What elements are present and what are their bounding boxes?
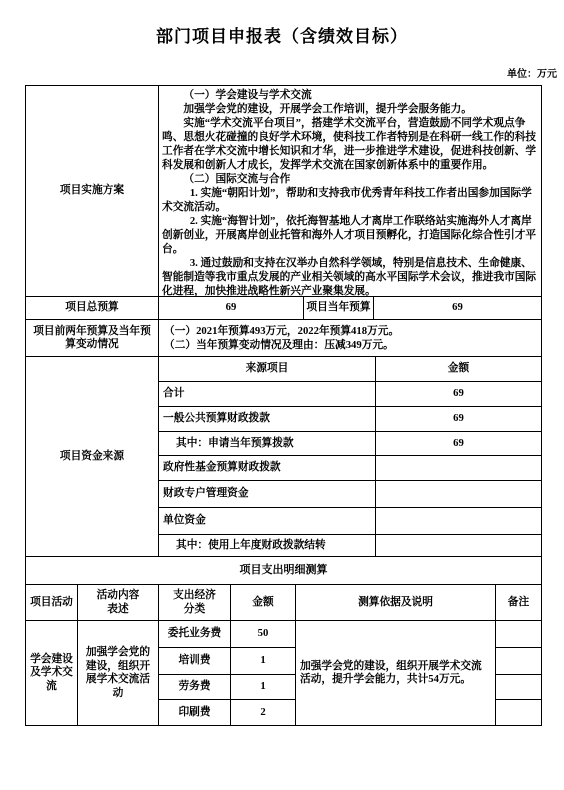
expense-note-cell <box>496 648 541 675</box>
expense-amount: 2 <box>231 700 296 725</box>
funding-section: 项目资金来源 来源项目 金额 合计 69 一般公共预算财政拨款 69 其中：申请… <box>26 357 541 557</box>
expense-activity: 学会建设及学术交流 <box>26 621 78 725</box>
unit-note: 单位：万元 <box>0 68 557 81</box>
funding-row-amount: 69 <box>376 432 541 456</box>
expense-activity-desc: 加强学会党的建设，组织开展学术交流活动 <box>78 621 159 725</box>
total-budget-label: 项目总预算 <box>26 297 159 320</box>
impl-paragraph: 3. 通过鼓励和支持在汉举办自然科学领域，特别是信息技术、生命健康、智能制造等我… <box>162 256 538 297</box>
funding-row-amount <box>376 481 541 508</box>
previous-budget-content: （一）2021年预算493万元，2022年预算418万元。 （二）当年预算变动情… <box>159 320 541 357</box>
funding-row-source: 其中：使用上年度财政拨款结转 <box>159 535 376 557</box>
declaration-form: 项目实施方案 （一）学会建设与学术交流 加强学会党的建设，开展学会工作培训，提升… <box>25 85 542 726</box>
page: 部门项目申报表（含绩效目标） 单位：万元 项目实施方案 （一）学会建设与学术交流… <box>0 26 564 726</box>
funding-row-source: 财政专户管理资金 <box>159 481 376 508</box>
funding-row-source: 合计 <box>159 382 376 407</box>
funding-row-source: 政府性基金预算财政拨款 <box>159 456 376 481</box>
impl-paragraph: 2. 实施“海智计划”，依托海智基地人才离岸工作联络站实施海外人才离岸创新创业，… <box>162 214 538 256</box>
page-title: 部门项目申报表（含绩效目标） <box>0 26 564 48</box>
expense-note-cell <box>496 621 541 648</box>
funding-header-amount: 金额 <box>376 357 541 382</box>
expense-header-basis: 测算依据及说明 <box>296 585 496 621</box>
expense-section-title: 项目支出明细测算 <box>26 557 541 585</box>
funding-row-source: 单位资金 <box>159 508 376 535</box>
expense-category: 培训费 <box>159 648 231 675</box>
expense-amount: 1 <box>231 648 296 675</box>
funding-label: 项目资金来源 <box>26 357 159 557</box>
impl-paragraph: 加强学会党的建设，开展学会工作培训，提升学会服务能力。 <box>162 102 538 116</box>
impl-paragraph: （一）学会建设与学术交流 <box>162 88 538 102</box>
expense-category: 委托业务费 <box>159 621 231 648</box>
implementation-section: 项目实施方案 （一）学会建设与学术交流 加强学会党的建设，开展学会工作培训，提升… <box>26 86 541 297</box>
implementation-content: （一）学会建设与学术交流 加强学会党的建设，开展学会工作培训，提升学会服务能力。… <box>159 86 541 297</box>
expense-note-cell <box>496 675 541 700</box>
expense-amount: 50 <box>231 621 296 648</box>
expense-title-row: 项目支出明细测算 <box>26 557 541 585</box>
funding-row-amount <box>376 508 541 535</box>
previous-budget-line: （一）2021年预算493万元，2022年预算418万元。 <box>164 324 538 338</box>
previous-budget-line: （二）当年预算变动情况及理由：压减349万元。 <box>164 338 538 352</box>
funding-row-amount: 69 <box>376 407 541 432</box>
impl-paragraph: 实施“学术交流平台项目”，搭建学术交流平台，营造鼓励不同学术观点争鸣、思想火花碰… <box>162 116 538 172</box>
previous-budget-section: 项目前两年预算及当年预算变动情况 （一）2021年预算493万元，2022年预算… <box>26 320 541 357</box>
funding-row-amount <box>376 535 541 557</box>
funding-row-source: 其中：申请当年预算拨款 <box>159 432 376 456</box>
funding-header-source: 来源项目 <box>159 357 376 382</box>
expense-category: 印刷费 <box>159 700 231 725</box>
expense-header-desc: 活动内容 表述 <box>78 585 159 621</box>
funding-row-amount: 69 <box>376 382 541 407</box>
expense-category: 劳务费 <box>159 675 231 700</box>
current-year-budget-value: 69 <box>374 297 541 320</box>
expense-header-activity: 项目活动 <box>26 585 78 621</box>
expense-table: 项目活动 活动内容 表述 支出经济 分类 金额 测算依据及说明 备注 学会建设及… <box>26 585 541 725</box>
expense-note-cell <box>496 700 541 725</box>
total-budget-value: 69 <box>159 297 304 320</box>
current-year-budget-label: 项目当年预算 <box>304 297 374 320</box>
expense-header-category: 支出经济 分类 <box>159 585 231 621</box>
expense-header-note: 备注 <box>496 585 541 621</box>
funding-row-amount <box>376 456 541 481</box>
expense-header-amount: 金额 <box>231 585 296 621</box>
budget-row: 项目总预算 69 项目当年预算 69 <box>26 297 541 320</box>
implementation-label: 项目实施方案 <box>26 86 159 297</box>
impl-paragraph: （二）国际交流与合作 <box>162 172 538 186</box>
impl-paragraph: 1. 实施“朝阳计划”，帮助和支持我市优秀青年科技工作者出国参加国际学术交流活动… <box>162 186 538 214</box>
expense-amount: 1 <box>231 675 296 700</box>
previous-budget-label: 项目前两年预算及当年预算变动情况 <box>26 320 159 357</box>
expense-basis: 加强学会党的建设，组织开展学术交流活动，提升学会能力，共计54万元。 <box>296 621 496 725</box>
funding-row-source: 一般公共预算财政拨款 <box>159 407 376 432</box>
